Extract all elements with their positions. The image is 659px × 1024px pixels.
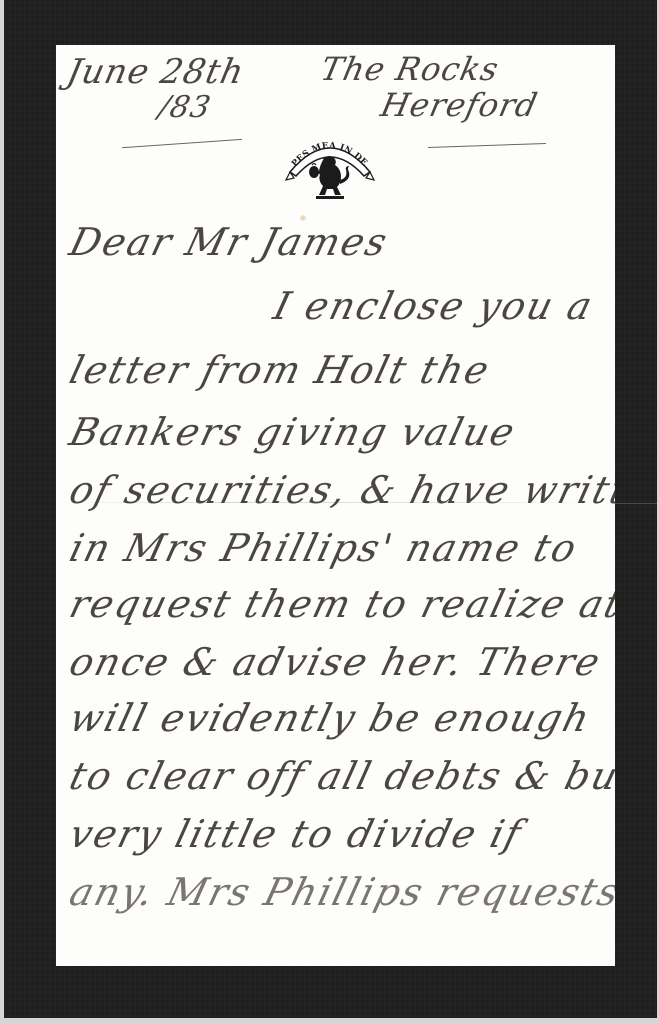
letter-paper: June 28th /83 The Rocks Hereford SPES ME… (56, 45, 615, 966)
body-line: letter from Holt the (66, 351, 494, 389)
body-line: in Mrs Phillips' name to (66, 529, 582, 567)
address-underline (428, 143, 546, 148)
address-line-2: Hereford (378, 89, 541, 121)
body-line: will evidently be enough (66, 699, 595, 737)
body-line: request them to realize at (66, 585, 615, 623)
address-line-1: The Rocks (318, 53, 502, 85)
letter-date-year: /83 (156, 93, 214, 123)
body-line: to clear off all debts & but (66, 757, 615, 795)
body-line: I enclose you a (270, 287, 597, 325)
body-line: Bankers giving value (66, 413, 520, 451)
heraldic-crest-icon: SPES MEA IN DEO (284, 128, 376, 202)
body-line: any. Mrs Phillips requests (66, 873, 615, 911)
crest-graphic: SPES MEA IN DEO (284, 128, 376, 202)
letter-date: June 28th (64, 55, 247, 89)
body-line: once & advise her. There (66, 643, 605, 681)
date-underline (122, 139, 242, 148)
scanned-letter: June 28th /83 The Rocks Hereford SPES ME… (0, 0, 659, 1024)
salutation: Dear Mr James (66, 223, 392, 261)
body-line: very little to divide if (66, 815, 526, 853)
body-line: of securities, & have written (66, 471, 615, 509)
